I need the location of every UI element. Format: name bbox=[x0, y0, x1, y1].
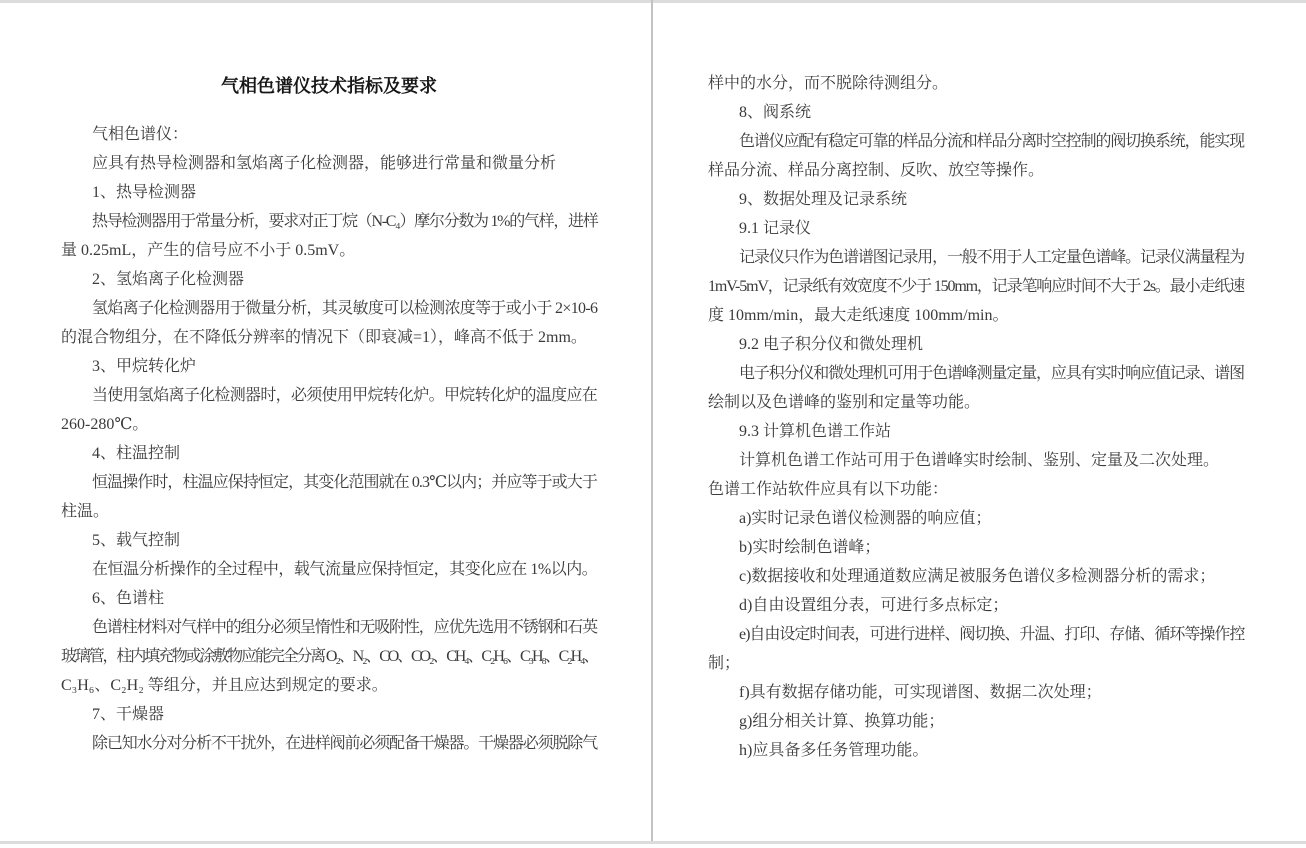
text-line: 3、甲烷转化炉 bbox=[61, 352, 597, 381]
page-bottom-edge bbox=[0, 841, 1306, 844]
text-line: 记录仪只作为色谱谱图记录用，一般不用于人工定量色谱峰。记录仪满量程为 bbox=[708, 243, 1244, 272]
text-line: 9.2 电子积分仪和微处理机 bbox=[708, 330, 1244, 359]
text-line: 9.3 计算机色谱工作站 bbox=[708, 417, 1244, 446]
document-title: 气相色谱仪技术指标及要求 bbox=[61, 71, 597, 101]
text-line: 4、柱温控制 bbox=[61, 439, 597, 468]
text-line: 1、热导检测器 bbox=[61, 178, 597, 207]
text-line: 260-280℃。 bbox=[61, 410, 597, 439]
text-line: 热导检测器用于常量分析，要求对正丁烷（N-C₄）摩尔分数为 1%的气样，进样 bbox=[61, 207, 597, 236]
text-line: 氢焰离子化检测器用于微量分析，其灵敏度可以检测浓度等于或小于 2×10-6 bbox=[61, 294, 597, 323]
text-line: 色谱仪应配有稳定可靠的样品分流和样品分离时空控制的阀切换系统，能实现 bbox=[708, 127, 1244, 156]
text-line: 计算机色谱工作站可用于色谱峰实时绘制、鉴别、定量及二次处理。 bbox=[708, 446, 1244, 475]
text-line: 柱温。 bbox=[61, 497, 597, 526]
right-page-lines: 样中的水分，而不脱除待测组分。8、阀系统色谱仪应配有稳定可靠的样品分流和样品分离… bbox=[708, 69, 1244, 765]
page-left: 气相色谱仪技术指标及要求 气相色谱仪：应具有热导检测器和氢焰离子化检测器，能够进… bbox=[61, 71, 597, 758]
text-line: b)实时绘制色谱峰； bbox=[708, 533, 1244, 562]
text-line: 除已知水分对分析不干扰外，在进样阀前必须配备干燥器。干燥器必须脱除气 bbox=[61, 729, 597, 758]
text-line: e)自由设定时间表，可进行进样、阀切换、升温、打印、存储、循环等操作控 bbox=[708, 620, 1244, 649]
text-line: 制； bbox=[708, 649, 1244, 678]
text-line: c)数据接收和处理通道数应满足被服务色谱仪多检测器分析的需求； bbox=[708, 562, 1244, 591]
text-line: 9、数据处理及记录系统 bbox=[708, 185, 1244, 214]
text-line: 样中的水分，而不脱除待测组分。 bbox=[708, 69, 1244, 98]
page-divider bbox=[651, 0, 653, 844]
text-line: 度 10mm/min，最大走纸速度 100mm/min。 bbox=[708, 301, 1244, 330]
text-line: 玻璃管，柱内填充物或涂敷物应能完全分离 O₂、N₂、CO、CO₂、CH₄、C₂H… bbox=[61, 642, 597, 671]
text-line: 应具有热导检测器和氢焰离子化检测器，能够进行常量和微量分析 bbox=[61, 149, 597, 178]
text-line: 2、氢焰离子化检测器 bbox=[61, 265, 597, 294]
page-right: 样中的水分，而不脱除待测组分。8、阀系统色谱仪应配有稳定可靠的样品分流和样品分离… bbox=[708, 69, 1244, 765]
text-line: C₃H₆、C₂H₂ 等组分，并且应达到规定的要求。 bbox=[61, 671, 597, 700]
text-line: 色谱柱材料对气样中的组分必须呈惰性和无吸附性，应优先选用不锈钢和石英 bbox=[61, 613, 597, 642]
text-line: 当使用氢焰离子化检测器时，必须使用甲烷转化炉。甲烷转化炉的温度应在 bbox=[61, 381, 597, 410]
text-line: 9.1 记录仪 bbox=[708, 214, 1244, 243]
text-line: 绘制以及色谱峰的鉴别和定量等功能。 bbox=[708, 388, 1244, 417]
text-line: 的混合物组分，在不降低分辨率的情况下（即衰减=1），峰高不低于 2mm。 bbox=[61, 323, 597, 352]
text-line: 8、阀系统 bbox=[708, 98, 1244, 127]
text-line: 在恒温分析操作的全过程中，载气流量应保持恒定，其变化应在 1%以内。 bbox=[61, 555, 597, 584]
text-line: 恒温操作时，柱温应保持恒定，其变化范围就在 0.3℃以内；并应等于或大于 bbox=[61, 468, 597, 497]
text-line: a)实时记录色谱仪检测器的响应值； bbox=[708, 504, 1244, 533]
text-line: 气相色谱仪： bbox=[61, 120, 597, 149]
text-line: 色谱工作站软件应具有以下功能： bbox=[708, 475, 1244, 504]
page-top-edge bbox=[0, 0, 1306, 3]
text-line: 5、载气控制 bbox=[61, 526, 597, 555]
text-line: 量 0.25mL，产生的信号应不小于 0.5mV。 bbox=[61, 236, 597, 265]
text-line: 样品分流、样品分离控制、反吹、放空等操作。 bbox=[708, 156, 1244, 185]
text-line: 电子积分仪和微处理机可用于色谱峰测量定量，应具有实时响应值记录、谱图 bbox=[708, 359, 1244, 388]
text-line: 7、干燥器 bbox=[61, 700, 597, 729]
text-line: h)应具备多任务管理功能。 bbox=[708, 736, 1244, 765]
text-line: d)自由设置组分表，可进行多点标定； bbox=[708, 591, 1244, 620]
left-page-lines: 气相色谱仪：应具有热导检测器和氢焰离子化检测器，能够进行常量和微量分析1、热导检… bbox=[61, 120, 597, 758]
document-viewer: 气相色谱仪技术指标及要求 气相色谱仪：应具有热导检测器和氢焰离子化检测器，能够进… bbox=[0, 0, 1306, 848]
text-line: 1mV-5mV，记录纸有效宽度不少于 150mm，记录笔响应时间不大于 2s。最… bbox=[708, 272, 1244, 301]
text-line: 6、色谱柱 bbox=[61, 584, 597, 613]
text-line: g)组分相关计算、换算功能； bbox=[708, 707, 1244, 736]
text-line: f)具有数据存储功能，可实现谱图、数据二次处理； bbox=[708, 678, 1244, 707]
